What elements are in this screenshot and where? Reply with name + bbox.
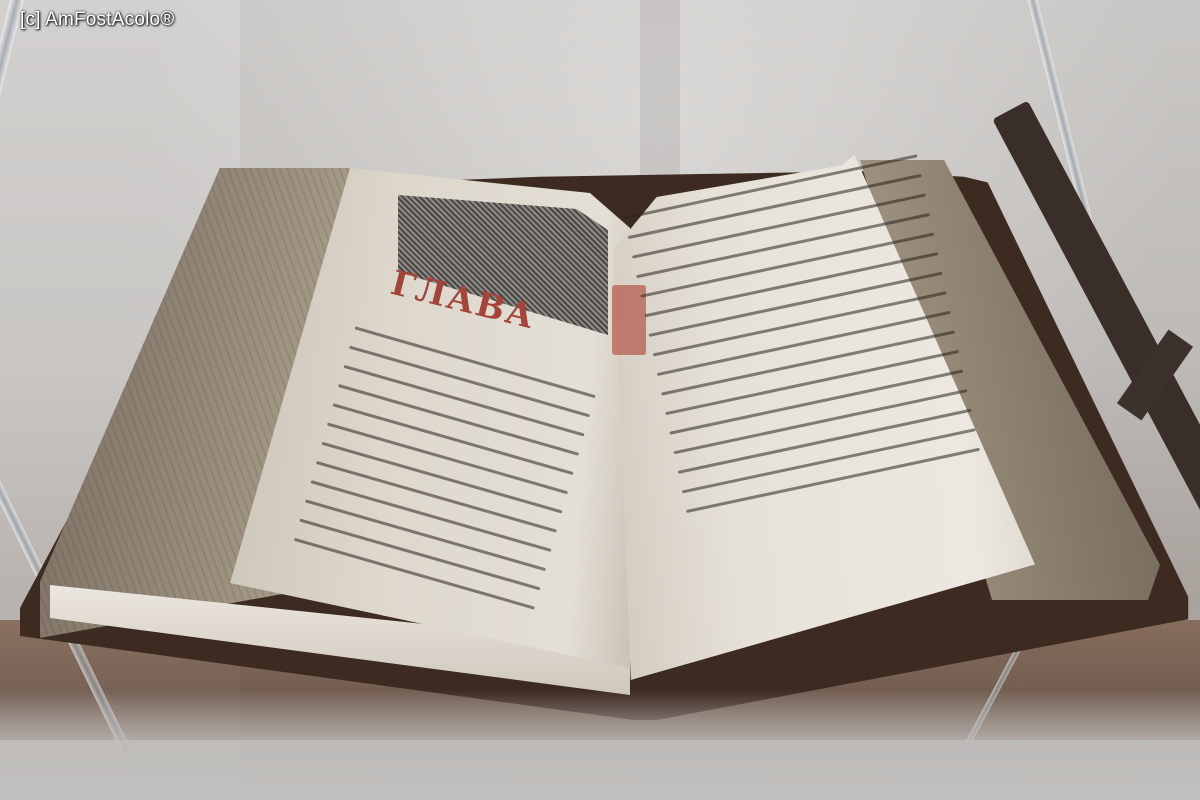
watermark: [c] AmFostAcolo®: [20, 9, 174, 31]
foreground-glass-reflection: [0, 690, 1200, 800]
photo-scene: ГЛАВА [c] AmFostAcolo®: [0, 0, 1200, 800]
